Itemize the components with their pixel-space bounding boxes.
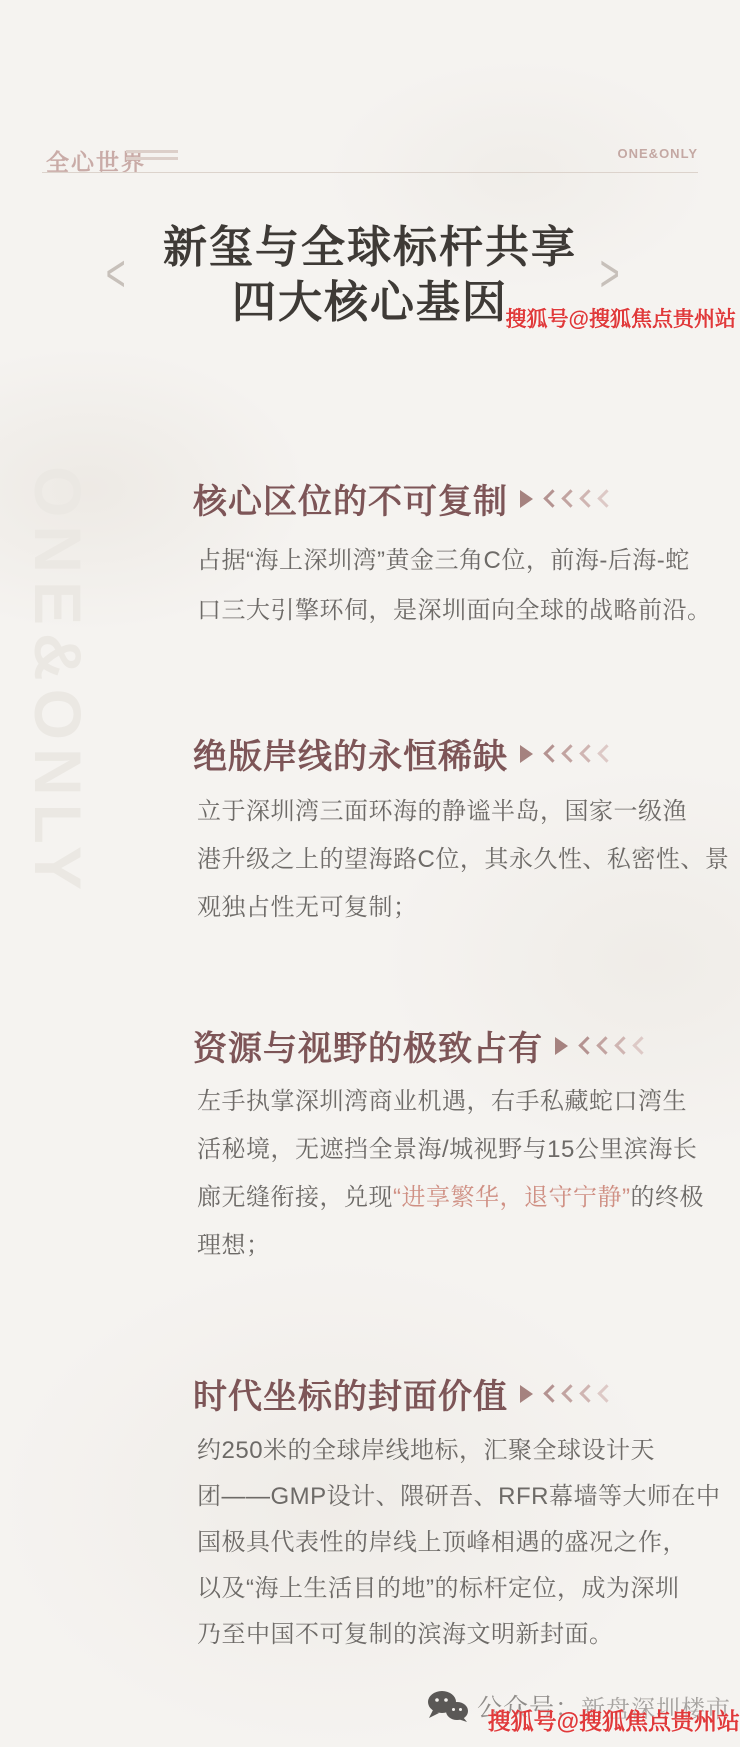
section-heading-coastline: 绝版岸线的永恒稀缺 bbox=[193, 729, 613, 778]
section-heading-resources: 资源与视野的极致占有 bbox=[193, 1021, 648, 1070]
triangle-right-icon bbox=[555, 1037, 568, 1055]
body-line: 观独占性无可复制； bbox=[197, 884, 707, 932]
body-line: 廊无缝衔接，兑现“进享繁华，退守宁静”的终极 bbox=[197, 1174, 707, 1222]
brand-logo-right: ONE&ONLY bbox=[618, 146, 698, 161]
body-line: 活秘境，无遮挡全景海/城视野与15公里滨海长 bbox=[197, 1126, 707, 1174]
body-line: 以及“海上生活目的地”的标杆定位，成为深圳 bbox=[197, 1566, 707, 1612]
body-line: 占据“海上深圳湾”黄金三角C位，前海-后海-蛇 bbox=[197, 536, 707, 586]
section-heading-landmark: 时代坐标的封面价值 bbox=[193, 1369, 613, 1418]
chevrons-left-icon bbox=[541, 747, 613, 760]
brand-logo-subtext bbox=[126, 150, 178, 164]
body-line: 立于深圳湾三面环海的静谧半岛，国家一级渔 bbox=[197, 788, 707, 836]
body-line: 口三大引擎环伺，是深圳面向全球的战略前沿。 bbox=[197, 586, 707, 636]
section-heading-label: 绝版岸线的永恒稀缺 bbox=[193, 729, 508, 778]
chevrons-left-icon bbox=[576, 1039, 648, 1052]
triangle-right-icon bbox=[520, 745, 533, 763]
section-body-landmark: 约250米的全球岸线地标，汇聚全球设计天 团——GMP设计、隈研吾、RFR幕墙等… bbox=[197, 1428, 707, 1658]
chevrons-left-icon bbox=[541, 492, 613, 505]
sohu-watermark-top: 搜狐号@搜狐焦点贵州站 bbox=[506, 303, 736, 333]
body-line: 约250米的全球岸线地标，汇聚全球设计天 bbox=[197, 1428, 707, 1474]
triangle-right-icon bbox=[520, 1385, 533, 1403]
section-body-resources: 左手执掌深圳湾商业机遇，右手私藏蛇口湾生 活秘境，无遮挡全景海/城视野与15公里… bbox=[197, 1078, 707, 1270]
carousel-prev-icon[interactable]: < bbox=[106, 245, 126, 304]
wechat-icon bbox=[427, 1689, 469, 1723]
section-body-coastline: 立于深圳湾三面环海的静谧半岛，国家一级渔 港升级之上的望海路C位，其永久性、私密… bbox=[197, 788, 707, 932]
section-heading-location: 核心区位的不可复制 bbox=[193, 474, 613, 523]
sohu-watermark-bottom: 搜狐号@搜狐焦点贵州站 bbox=[488, 1703, 740, 1736]
section-body-location: 占据“海上深圳湾”黄金三角C位，前海-后海-蛇 口三大引擎环伺，是深圳面向全球的… bbox=[197, 536, 707, 636]
body-line: 团——GMP设计、隈研吾、RFR幕墙等大师在中 bbox=[197, 1474, 707, 1520]
body-line: 左手执掌深圳湾商业机遇，右手私藏蛇口湾生 bbox=[197, 1078, 707, 1126]
side-brand-watermark: ONE&ONLY bbox=[20, 466, 96, 898]
body-line-post: 的终极 bbox=[630, 1184, 704, 1211]
body-line: 乃至中国不可复制的滨海文明新封面。 bbox=[197, 1612, 707, 1658]
chevrons-left-icon bbox=[541, 1387, 613, 1400]
triangle-right-icon bbox=[520, 490, 533, 508]
body-line-pre: 廊无缝衔接，兑现 bbox=[197, 1184, 393, 1211]
section-heading-label: 资源与视野的极致占有 bbox=[193, 1021, 543, 1070]
body-line: 港升级之上的望海路C位，其永久性、私密性、景 bbox=[197, 836, 707, 884]
body-line: 理想； bbox=[197, 1222, 707, 1270]
section-heading-label: 时代坐标的封面价值 bbox=[193, 1369, 508, 1418]
page: 全心世界 ONE&ONLY 新玺与全球标杆共享 四大核心基因 < > ONE&O… bbox=[0, 0, 740, 1747]
body-line: 国极具代表性的岸线上顶峰相遇的盛况之作， bbox=[197, 1520, 707, 1566]
header-divider bbox=[42, 172, 698, 173]
section-heading-label: 核心区位的不可复制 bbox=[193, 474, 508, 523]
carousel-next-icon[interactable]: > bbox=[600, 245, 620, 304]
highlight-phrase: “进享繁华，退守宁静” bbox=[393, 1184, 630, 1211]
